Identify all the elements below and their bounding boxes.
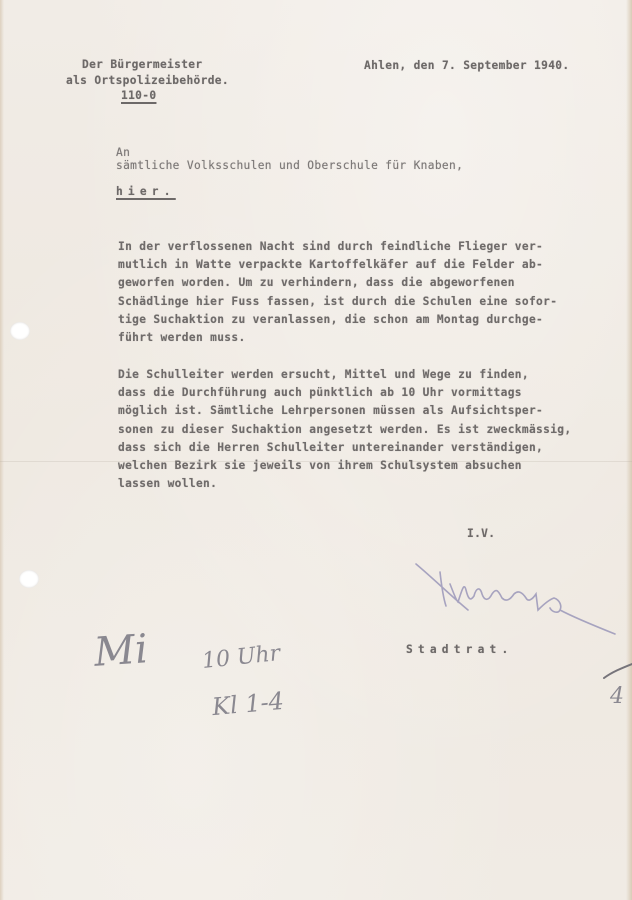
body-line: dass sich die Herren Schulleiter unterei…	[118, 441, 543, 454]
paper-edge-right	[626, 0, 632, 900]
body-line: führt werden muss.	[118, 331, 246, 344]
body-line: lassen wollen.	[118, 477, 217, 490]
body-line: dass die Durchführung auch pünktlich ab …	[118, 386, 522, 399]
on-behalf-abbreviation: I.V.	[467, 527, 495, 540]
place-and-date: Ahlen, den 7. September 1940.	[364, 59, 569, 72]
punch-hole-bottom	[19, 570, 39, 588]
body-line: In der verflossenen Nacht sind durch fei…	[118, 240, 543, 253]
handwritten-margin-number: 4	[610, 684, 624, 709]
body-line: Schädlinge hier Fuss fassen, ist durch d…	[118, 295, 557, 308]
body-line: möglich ist. Sämtliche Lehrpersonen müss…	[118, 404, 543, 417]
body-line: Die Schulleiter werden ersucht, Mittel u…	[118, 368, 529, 381]
handwritten-time: 10 Uhr	[201, 641, 281, 674]
body-line: mutlich in Watte verpackte Kartoffelkäfe…	[118, 258, 543, 271]
handwritten-classes: Kl 1-4	[211, 687, 285, 721]
handwritten-day: Mi	[92, 626, 149, 676]
paper-edge-left	[0, 0, 4, 900]
recipient-prefix: An	[116, 146, 130, 159]
signatory-title: Stadtrat.	[406, 643, 513, 656]
body-line: geworfen worden. Um zu verhindern, dass …	[118, 276, 515, 289]
signature-icon	[410, 560, 620, 640]
body-line: sonen zu dieser Suchaktion angesetzt wer…	[118, 423, 571, 436]
punch-hole-top	[10, 322, 30, 340]
body-line: welchen Bezirk sie jeweils von ihrem Sch…	[118, 459, 522, 472]
body-line: tige Suchaktion zu veranlassen, die scho…	[118, 313, 543, 326]
sender-line-2: als Ortspolizeibehörde.	[66, 74, 229, 87]
recipient-location: hier.	[116, 185, 176, 198]
recipient-name: sämtliche Volksschulen und Oberschule fü…	[116, 159, 463, 172]
scanned-letter-page: Der Bürgermeister als Ortspolizeibehörde…	[0, 0, 632, 900]
sender-line-1: Der Bürgermeister	[82, 58, 202, 71]
reference-number: 110-0	[121, 89, 156, 102]
